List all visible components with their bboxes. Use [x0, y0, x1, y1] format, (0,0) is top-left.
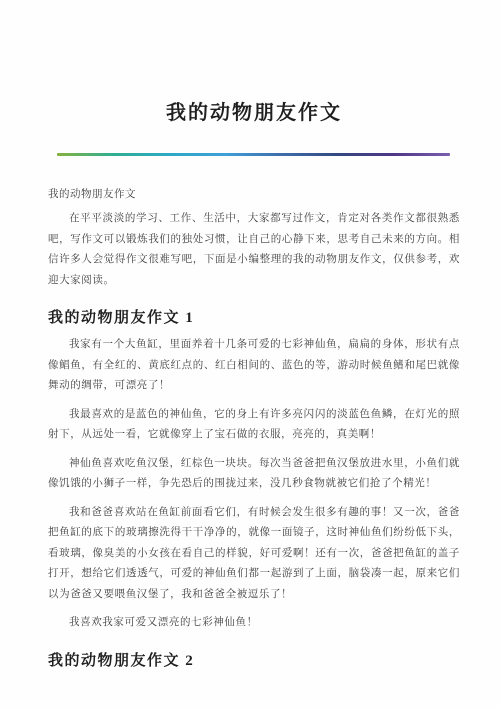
page-title: 我的动物朋友作文 [48, 96, 460, 125]
section-1-paragraph-2: 我最喜欢的是蓝色的神仙鱼，它的身上有许多亮闪闪的淡蓝色鱼鳞，在灯光的照射下，从远… [48, 405, 460, 446]
section-1-paragraph-4: 我和爸爸喜欢站在鱼缸前面看它们，有时候会发生很多有趣的事！又一次，爸爸把鱼缸的底… [48, 503, 460, 606]
section-1-paragraph-3: 神仙鱼喜欢吃鱼汉堡，红棕色一块块。每次当爸爸把鱼汉堡放进水里，小鱼们就像饥饿的小… [48, 454, 460, 495]
section-1-paragraph-1: 我家有一个大鱼缸，里面养着十几条可爱的七彩神仙鱼，扁扁的身体，形状有点像鲳鱼，有… [48, 335, 460, 397]
article-page: 我的动物朋友作文 我的动物朋友作文 在平平淡淡的学习、工作、生活中，大家都写过作… [0, 0, 500, 708]
article-content: 我的动物朋友作文 在平平淡淡的学习、工作、生活中，大家都写过作文，肯定对各类作文… [48, 186, 460, 670]
intro-paragraph: 在平平淡淡的学习、工作、生活中，大家都写过作文，肯定对各类作文都很熟悉吧，写作文… [48, 209, 460, 291]
section-1-paragraph-5: 我喜欢我家可爱又漂亮的七彩神仙鱼！ [48, 613, 460, 634]
section-heading-2: 我的动物朋友作文 2 [48, 649, 460, 670]
gradient-divider [57, 153, 450, 156]
article-subtitle: 我的动物朋友作文 [48, 186, 460, 201]
section-heading-1: 我的动物朋友作文 1 [48, 306, 460, 327]
